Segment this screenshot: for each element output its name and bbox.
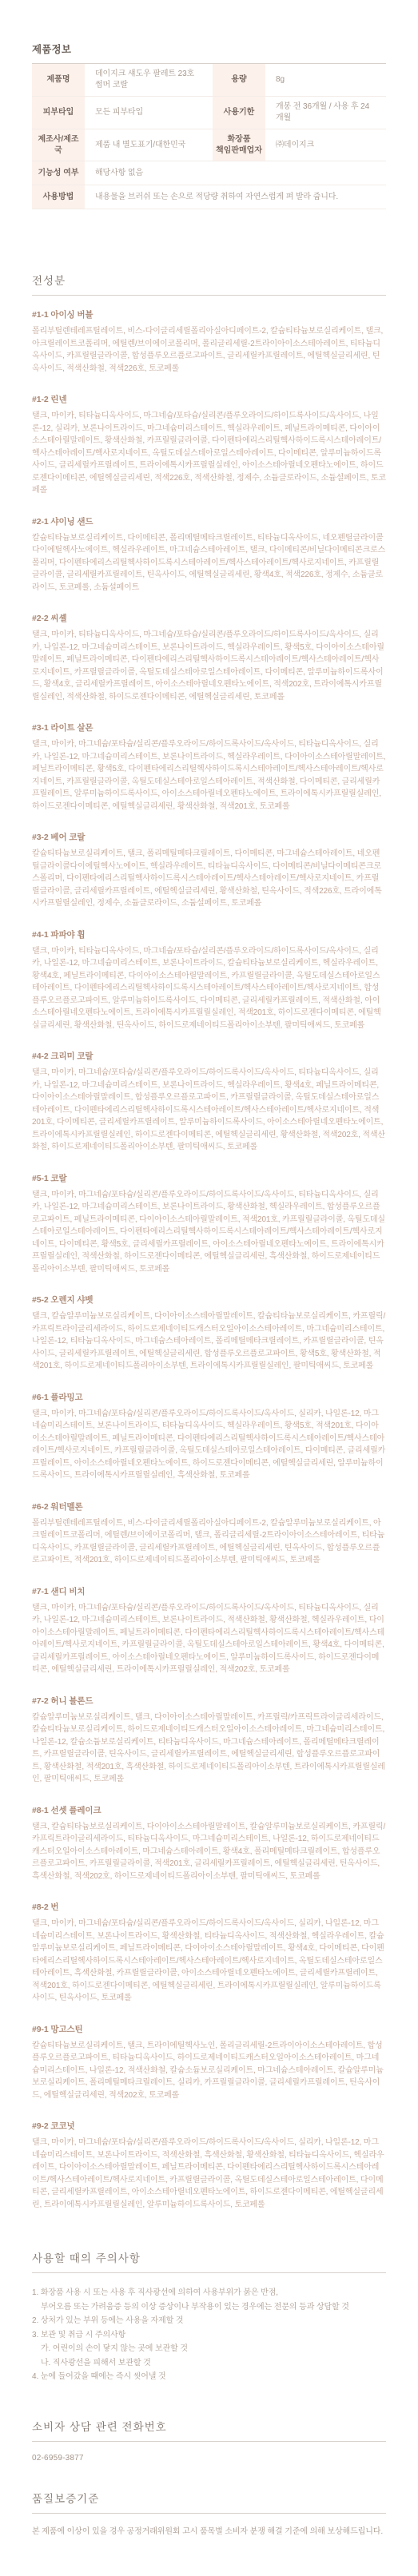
- table-row: 사용방법 내용물을 브러쉬 또는 손으로 적당량 취하여 자연스럽게 펴 발라 …: [32, 185, 386, 209]
- ingredient-group-text: 탤크, 마이카, 마그네슘/포타슘/실리콘/플루오라이드/하이드록사이드/옥사이…: [32, 1067, 386, 1154]
- ingredient-group-text: 칼슘티타늄보로실리케이트, 탤크, 폴리메틸메타크릴레이트, 다이메티콘, 마그…: [32, 848, 386, 910]
- table-row: 제조사/제조국 제품 내 별도표기/대한민국 화장품 책임판매업자 ㈜데이지크: [32, 129, 386, 161]
- ingredient-group-text: 탤크, 마이카, 마그네슘/포타슘/실리콘/플루오라이드/하이드록사이드/옥사이…: [32, 1189, 386, 1276]
- ingredient-group-name: #1-1 아이싱 버블: [32, 308, 386, 320]
- info-label-seller: 화장품 책임판매업자: [213, 129, 265, 161]
- ingredient-group-text: 탤크, 칼슘알루미늄보로실리케이트, 다이아이소스테아릴말레이트, 칼슘티타늄보…: [32, 1310, 386, 1373]
- precaution-line: 부어오름 또는 가려움증 등의 이상 증상이나 부작용이 있는 경우에는 전문의…: [32, 2300, 386, 2315]
- ingredient-group-text: 탤크, 마이카, 마그네슘/포타슘/실리콘/플루오라이드/하이드록사이드/옥사이…: [32, 2137, 386, 2211]
- ingredient-group-text: 탤크, 마이카, 마그네슘/포타슘/실리콘/플루오라이드/하이드록사이드/옥사이…: [32, 1918, 386, 2005]
- ingredient-group: #6-2 워터멜론 폴리부틸렌테레프틸레이트, 비스-다이글리세릴폴리아실아디페…: [32, 1501, 386, 1567]
- ingredient-group-text: 탤크, 마이카, 마그네슘/포타슘/실리콘/플루오라이드/하이드록사이드/옥사이…: [32, 738, 386, 813]
- ingredient-group-text: 탤크, 마이카, 티타늄디옥사이드, 마그네슘/포타슘/실리콘/플루오라이드/하…: [32, 410, 386, 497]
- info-label-skin-type: 피부타입: [32, 97, 85, 129]
- ingredient-group-text: 폴리부틸렌테레프틸레이트, 비스-다이글리세릴폴리아실아디페이트-2, 칼슘티타…: [32, 325, 386, 375]
- ingredient-group: #3-1 라이트 살몬 탤크, 마이카, 마그네슘/포타슘/실리콘/플루오라이드…: [32, 722, 386, 813]
- ingredient-group: #8-2 번 탤크, 마이카, 마그네슘/포타슘/실리콘/플루오라이드/하이드록…: [32, 1901, 386, 2005]
- product-info-section: 제품정보 제품명 데이지크 섀도우 팔레트 23호 썸머 코랄 용량 8g 피부…: [32, 42, 386, 209]
- info-label-volume: 용량: [213, 64, 265, 96]
- ingredient-group-text: 탤크, 마이카, 티타늄디옥사이드, 마그네슘/포타슘/실리콘/플루오라이드/하…: [32, 945, 386, 1032]
- ingredient-group: #9-1 망고스틴 칼슘티타늄보로실리케이트, 탤크, 트라이에틸헥사노인, 폴…: [32, 2023, 386, 2102]
- info-value-usage: 내용물을 브러쉬 또는 손으로 적당량 취하여 자연스럽게 펴 발라 줍니다.: [85, 185, 386, 209]
- ingredient-group: #1-2 린넨 탤크, 마이카, 티타늄디옥사이드, 마그네슘/포타슘/실리콘/…: [32, 393, 386, 497]
- precaution-list: 1. 화장품 사용 시 또는 사용 후 직사광선에 의하여 사용부위가 붉은 반…: [32, 2286, 386, 2384]
- ingredient-group-name: #6-2 워터멜론: [32, 1501, 386, 1513]
- ingredient-group: #5-1 코랄 탤크, 마이카, 마그네슘/포타슘/실리콘/플루오라이드/하이드…: [32, 1172, 386, 1276]
- info-value-expiry: 개봉 전 36개월 / 사용 후 24개월: [265, 97, 386, 129]
- ingredient-group-text: 폴리부틸렌테레프틸레이트, 비스-다이글리세릴폴리아실아디페이트-2, 칼슘알루…: [32, 1517, 386, 1567]
- table-row: 기능성 여부 해당사항 없음: [32, 161, 386, 185]
- warranty-text: 본 제품에 이상이 있을 경우 공정거래위원회 고시 품목별 소비자 분쟁 해결…: [32, 2526, 386, 2538]
- ingredient-group-name: #8-1 선셋 플레이크: [32, 1804, 386, 1816]
- divider: [32, 2441, 386, 2442]
- ingredient-group: #7-2 허니 블론드 칼슘알루미늄보로실리케이트, 탤크, 다이아이소스테아릴…: [32, 1695, 386, 1786]
- product-detail-page: 제품정보 제품명 데이지크 섀도우 팔레트 23호 썸머 코랄 용량 8g 피부…: [0, 0, 418, 2576]
- customer-service-section: 소비자 상담 관련 전화번호 02-6959-3877: [32, 2418, 386, 2463]
- ingredient-group-name: #4-2 크리미 코랄: [32, 1050, 386, 1062]
- customer-service-title: 소비자 상담 관련 전화번호: [32, 2418, 386, 2434]
- ingredient-group: #4-2 크리미 코랄 탤크, 마이카, 마그네슘/포타슘/실리콘/플루오라이드…: [32, 1050, 386, 1154]
- precautions-title: 사용할 때의 주의사항: [32, 2249, 386, 2265]
- ingredient-group: #6-1 플라밍고 탤크, 마이카, 마그네슘/포타슘/실리콘/플루오라이드/하…: [32, 1391, 386, 1482]
- info-label-product-name: 제품명: [32, 64, 85, 96]
- ingredient-group: #1-1 아이싱 버블 폴리부틸렌테레프틸레이트, 비스-다이글리세릴폴리아실아…: [32, 308, 386, 375]
- ingredients-title: 전성분: [32, 272, 386, 288]
- ingredient-group-name: #4-1 파파야 휩: [32, 928, 386, 940]
- ingredient-group: #2-2 씨셸 탤크, 마이카, 티타늄디옥사이드, 마그네슘/포타슘/실리콘/…: [32, 612, 386, 703]
- info-label-expiry: 사용기한: [213, 97, 265, 129]
- info-label-usage: 사용방법: [32, 185, 85, 209]
- info-value-product-name: 데이지크 섀도우 팔레트 23호 썸머 코랄: [85, 64, 213, 96]
- precautions-section: 사용할 때의 주의사항 1. 화장품 사용 시 또는 사용 후 직사광선에 의하…: [32, 2249, 386, 2384]
- divider: [32, 2513, 386, 2514]
- ingredient-group: #5-2 오렌지 샤벳 탤크, 칼슘알루미늄보로실리케이트, 다이아이소스테아릴…: [32, 1294, 386, 1373]
- table-row: 피부타입 모든 피부타입 사용기한 개봉 전 36개월 / 사용 후 24개월: [32, 97, 386, 129]
- precaution-line: 나. 직사광선을 피해서 보관할 것: [32, 2356, 386, 2371]
- ingredient-group-name: #2-2 씨셸: [32, 612, 386, 624]
- ingredient-group: #4-1 파파야 휩 탤크, 마이카, 티타늄디옥사이드, 마그네슘/포타슘/실…: [32, 928, 386, 1032]
- ingredient-group-name: #2-1 샤이닝 샌드: [32, 515, 386, 527]
- info-value-skin-type: 모든 피부타입: [85, 97, 213, 129]
- ingredient-group-text: 탤크, 칼슘티타늄보로실리케이트, 다이아이소스테아릴말레이트, 칼슘알루미늄보…: [32, 1821, 386, 1883]
- ingredient-group-name: #8-2 번: [32, 1901, 386, 1913]
- ingredient-group-text: 칼슘티타늄보로실리케이트, 다이메티콘, 폴리메틸메타크릴레이트, 티타늄디옥사…: [32, 532, 386, 594]
- ingredient-groups: #1-1 아이싱 버블 폴리부틸렌테레프틸레이트, 비스-다이글리세릴폴리아실아…: [32, 308, 386, 2211]
- ingredient-group-text: 칼슘알루미늄보로실리케이트, 탤크, 다이아이소스테아릴말레이트, 카프릴릭/카…: [32, 1711, 386, 1786]
- ingredient-group: #2-1 샤이닝 샌드 칼슘티타늄보로실리케이트, 다이메티콘, 폴리메틸메타크…: [32, 515, 386, 594]
- precaution-line: 4. 눈에 들어갔을 때에는 즉시 씻어낼 것: [32, 2370, 386, 2384]
- divider: [32, 295, 386, 296]
- info-value-manufacturer: 제품 내 별도표기/대한민국: [85, 129, 213, 161]
- info-label-functional: 기능성 여부: [32, 161, 85, 185]
- ingredient-group-name: #7-1 샌디 비치: [32, 1585, 386, 1597]
- ingredient-group-name: #3-1 라이트 살몬: [32, 722, 386, 733]
- product-info-title: 제품정보: [32, 42, 386, 56]
- precaution-line: 가. 어린이의 손이 닿지 않는 곳에 보관할 것: [32, 2342, 386, 2356]
- ingredient-group-name: #5-2 오렌지 샤벳: [32, 1294, 386, 1306]
- ingredient-group-text: 탤크, 마이카, 마그네슘/포타슘/실리콘/플루오라이드/하이드록사이드/옥사이…: [32, 1602, 386, 1676]
- ingredient-group-text: 탤크, 마이카, 마그네슘/포타슘/실리콘/플루오라이드/하이드록사이드/옥사이…: [32, 1408, 386, 1482]
- ingredient-group-name: #3-2 베어 코랄: [32, 831, 386, 843]
- ingredient-group: #7-1 샌디 비치 탤크, 마이카, 마그네슘/포타슘/실리콘/플루오라이드/…: [32, 1585, 386, 1676]
- ingredient-group-name: #9-1 망고스틴: [32, 2023, 386, 2035]
- ingredient-group-name: #5-1 코랄: [32, 1172, 386, 1184]
- ingredient-group: #8-1 선셋 플레이크 탤크, 칼슘티타늄보로실리케이트, 다이아이소스테아릴…: [32, 1804, 386, 1883]
- customer-service-phone: 02-6959-3877: [32, 2454, 386, 2463]
- precaution-line: 1. 화장품 사용 시 또는 사용 후 직사광선에 의하여 사용부위가 붉은 반…: [32, 2286, 386, 2300]
- table-row: 제품명 데이지크 섀도우 팔레트 23호 썸머 코랄 용량 8g: [32, 64, 386, 97]
- ingredient-group-name: #7-2 허니 블론드: [32, 1695, 386, 1707]
- ingredient-group-name: #9-2 코코넛: [32, 2120, 386, 2132]
- ingredient-group-text: 탤크, 마이카, 티타늄디옥사이드, 마그네슘/포타슘/실리콘/플루오라이드/하…: [32, 629, 386, 703]
- warranty-title: 품질보증기준: [32, 2490, 386, 2506]
- warranty-section: 품질보증기준 본 제품에 이상이 있을 경우 공정거래위원회 고시 품목별 소비…: [32, 2490, 386, 2538]
- ingredient-group-name: #1-2 린넨: [32, 393, 386, 405]
- precaution-line: 3. 보관 및 취급 시 주의사항: [32, 2328, 386, 2343]
- ingredient-group-name: #6-1 플라밍고: [32, 1391, 386, 1403]
- ingredient-group-text: 칼슘티타늄보로실리케이트, 탤크, 트라이에틸헥사노인, 폴리글리세릴-2트라이…: [32, 2040, 386, 2102]
- product-info-table: 제품명 데이지크 섀도우 팔레트 23호 썸머 코랄 용량 8g 피부타입 모든…: [32, 64, 386, 209]
- ingredient-group: #3-2 베어 코랄 칼슘티타늄보로실리케이트, 탤크, 폴리메틸메타크릴레이트…: [32, 831, 386, 910]
- ingredient-group: #9-2 코코넛 탤크, 마이카, 마그네슘/포타슘/실리콘/플루오라이드/하이…: [32, 2120, 386, 2211]
- precaution-line: 2. 상처가 있는 부위 등에는 사용을 자제할 것: [32, 2314, 386, 2328]
- info-value-volume: 8g: [265, 64, 386, 96]
- divider: [32, 2272, 386, 2273]
- info-value-functional: 해당사항 없음: [85, 161, 386, 185]
- info-label-manufacturer: 제조사/제조국: [32, 129, 85, 161]
- info-value-seller: ㈜데이지크: [265, 129, 386, 161]
- ingredients-section: 전성분 #1-1 아이싱 버블 폴리부틸렌테레프틸레이트, 비스-다이글리세릴폴…: [32, 272, 386, 2211]
